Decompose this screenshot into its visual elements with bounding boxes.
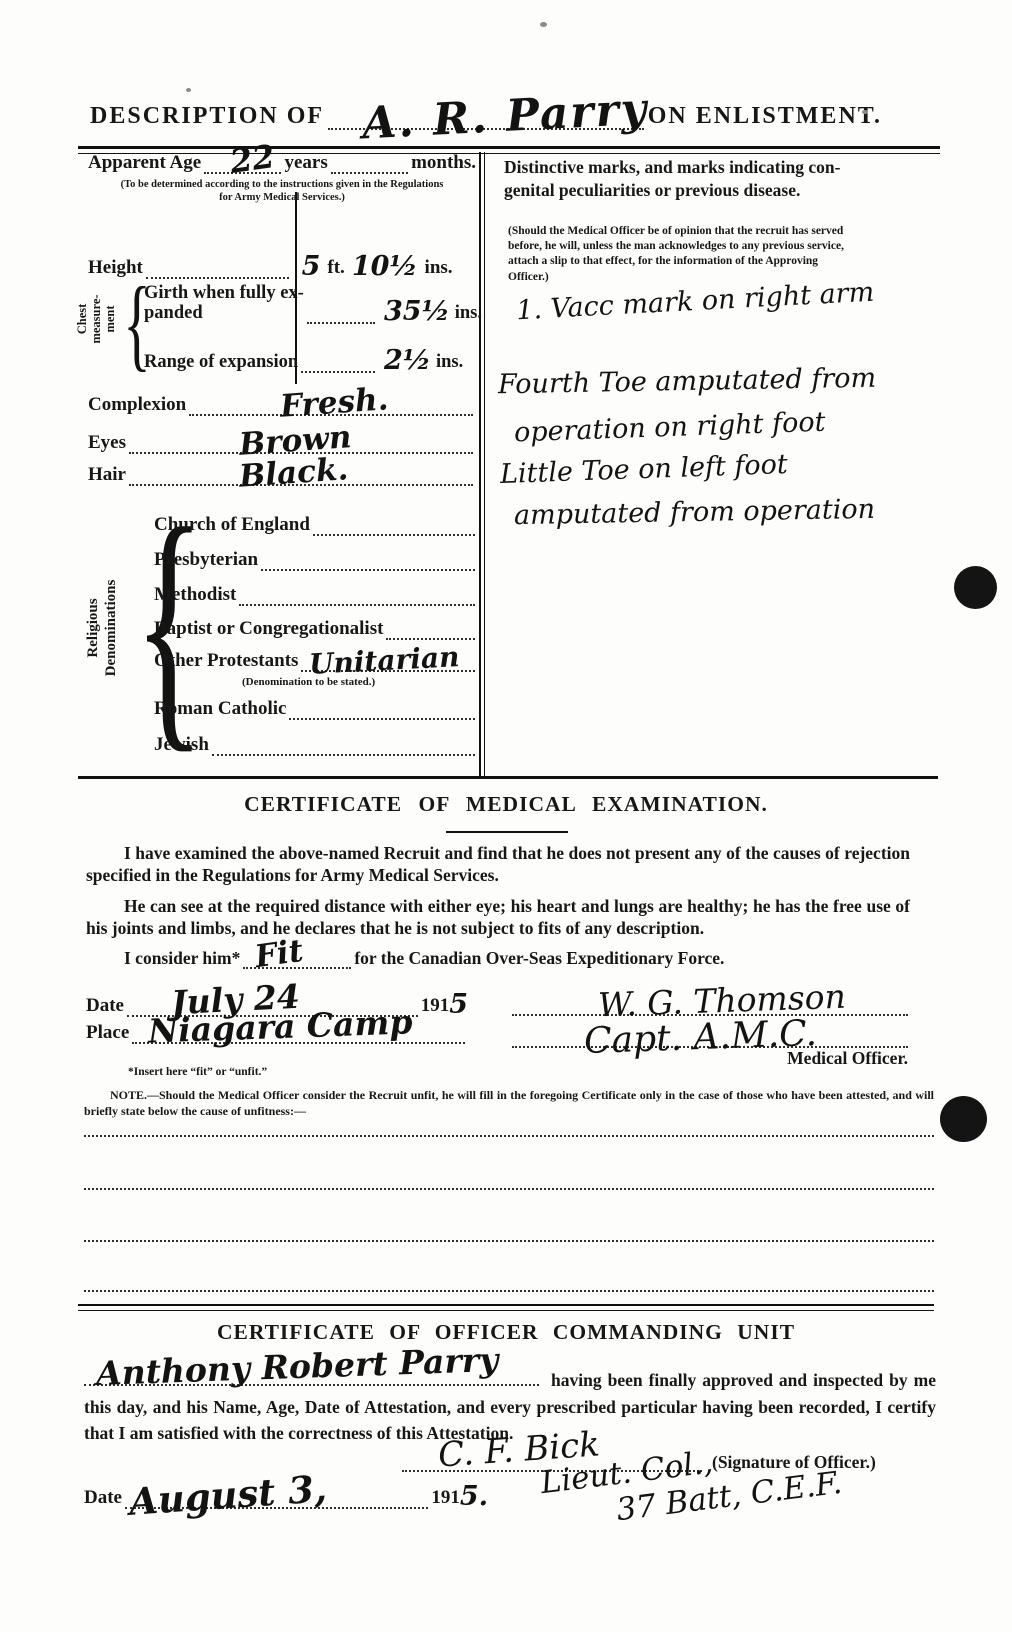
consider-suffix: for the Canadian Over-Seas Expeditionary…: [354, 948, 724, 969]
denomination-fill: [313, 534, 475, 536]
religion-group-label: Religious Denominations: [84, 503, 120, 753]
hair-value: Black.: [238, 451, 349, 495]
denomination-fill: [212, 754, 475, 756]
expansion-unit: ins.: [436, 352, 463, 373]
expansion-label: Range of expansion: [144, 353, 298, 373]
denomination-fill: Unitarian: [301, 670, 475, 672]
horizontal-rule-bottom: [78, 1304, 934, 1311]
officer-date-fill: August 3,: [125, 1481, 428, 1509]
date-label: Date: [86, 995, 124, 1017]
fit-fill: Fit: [243, 967, 351, 969]
expansion-row: Range of expansion 2½ ins.: [144, 342, 476, 373]
denomination-row: Methodist: [154, 582, 478, 606]
horizontal-rule-middle: [78, 776, 938, 782]
height-feet-value: 5: [302, 251, 321, 282]
distinctive-marks-heading: Distinctive marks, and marks indicating …: [504, 156, 924, 202]
recruit-name-line: Anthony Robert Parry: [84, 1350, 539, 1386]
distinctive-mark-line: amputated from operation: [514, 494, 876, 531]
medical-officer-title: Medical Officer.: [512, 1048, 934, 1069]
consider-fit-row: I consider him* Fit for the Canadian Ove…: [86, 948, 910, 969]
denomination-row: Church of England: [154, 512, 478, 536]
column-divider: [479, 152, 485, 778]
denomination-row: Jewish: [154, 732, 478, 756]
complexion-value: Fresh.: [279, 381, 390, 424]
year-printed: 191: [421, 995, 450, 1017]
denomination-fill: [386, 638, 475, 640]
girth-row: Girth when fully ex- panded 35½ ins.: [144, 284, 476, 324]
title-suffix: ON ENLISTMENT.: [648, 103, 882, 130]
unfitness-note: NOTE.—Should the Medical Officer conside…: [84, 1088, 934, 1120]
expansion-fill: [301, 371, 375, 373]
denomination-row: Baptist or Congregationalist: [154, 616, 478, 640]
medical-place-row: Place Niagara Camp: [86, 1018, 468, 1044]
year-handwritten: 5.: [460, 1481, 488, 1512]
complexion-label: Complexion: [88, 394, 186, 416]
apparent-age-note: (To be determined according to the instr…: [90, 178, 474, 204]
distinctive-mark-line: Little Toe on left foot: [500, 449, 789, 490]
chest-group-label: Chest measure- ment: [75, 269, 117, 369]
title-name-line: A. R. Parry: [328, 98, 644, 130]
denomination-label: Other Protestants: [154, 650, 298, 672]
years-label: years: [284, 152, 327, 174]
hole-punch-mark: [940, 1096, 987, 1142]
complexion-fill: Fresh.: [189, 414, 473, 416]
denomination-fill: [289, 718, 475, 720]
year-handwritten: 5: [449, 989, 468, 1020]
fit-value: Fit: [253, 933, 306, 975]
apparent-age-label: Apparent Age: [88, 152, 201, 174]
apparent-age-row: Apparent Age 22 years months.: [88, 152, 476, 174]
place-label: Place: [86, 1022, 129, 1044]
months-label: months.: [411, 152, 476, 174]
heading-underline: [446, 831, 568, 833]
date-label: Date: [84, 1487, 122, 1509]
eyes-row: Eyes Brown: [88, 432, 476, 454]
medical-officer-rank-line: Capt. A.M.C.: [512, 1024, 908, 1048]
distinctive-mark-line: Fourth Toe amputated from: [498, 363, 877, 401]
form-title-row: DESCRIPTION OF A. R. Parry ON ENLISTMENT…: [90, 98, 882, 130]
denomination-row: Roman Catholic: [154, 696, 478, 720]
denomination-fill: [261, 569, 475, 571]
height-inches-unit: ins.: [425, 257, 453, 279]
distinctive-mark-line: operation on right foot: [514, 407, 826, 449]
denomination-label: Presbyterian: [154, 549, 258, 571]
unfitness-blank-line: [84, 1135, 934, 1137]
unfitness-blank-line: [84, 1290, 934, 1292]
denomination-label: Roman Catholic: [154, 698, 286, 720]
months-fill: [331, 172, 408, 174]
scan-speckle: [540, 22, 547, 27]
officer-date-row: Date August 3, 191 5.: [84, 1478, 488, 1509]
denomination-label: Baptist or Congregationalist: [154, 618, 383, 640]
insert-fit-unfit-note: *Insert here “fit” or “unfit.”: [128, 1066, 267, 1078]
medical-place-value: Niagara Camp: [148, 1002, 414, 1050]
girth-unit: ins.: [455, 303, 482, 324]
year-printed: 191: [431, 1487, 460, 1509]
girth-fill: [307, 322, 375, 324]
consider-prefix: I consider him*: [124, 948, 240, 969]
denomination-fill: [239, 604, 475, 606]
height-fill: [146, 277, 289, 279]
denomination-label: Jewish: [154, 734, 209, 756]
girth-value: 35½: [384, 296, 450, 327]
officer-date-value: August 3,: [128, 1466, 328, 1524]
unfitness-blank-line: [84, 1188, 934, 1190]
scan-speckle: [862, 110, 868, 114]
place-fill: Niagara Camp: [132, 1018, 465, 1044]
hole-punch-mark: [954, 566, 997, 609]
unfitness-blank-line: [84, 1240, 934, 1242]
height-inches-value: 10½: [352, 251, 418, 282]
scan-speckle: [186, 88, 191, 92]
apparent-age-fill: 22: [204, 172, 281, 174]
chest-measurement-group: Chest measure- ment { Girth when fully e…: [88, 282, 476, 386]
religious-denominations-group: Religious Denominations { Church of Engl…: [88, 500, 478, 758]
apparent-age-value: 22: [228, 137, 277, 181]
denomination-row: Presbyterian: [154, 547, 478, 571]
denomination-label: Methodist: [154, 584, 236, 606]
height-feet-unit: ft.: [327, 257, 344, 279]
officer-certificate-heading: CERTIFICATE OF OFFICER COMMANDING UNIT: [0, 1320, 1012, 1345]
hair-label: Hair: [88, 464, 126, 486]
medical-certificate-paragraph-2: He can see at the required distance with…: [86, 896, 910, 939]
other-protestants-value: Unitarian: [309, 640, 461, 681]
denomination-note: (Denomination to be stated.): [242, 676, 375, 688]
expansion-value: 2½: [384, 345, 431, 376]
complexion-row: Complexion Fresh.: [88, 394, 476, 416]
medical-certificate-paragraph-1: I have examined the above-named Recruit …: [86, 843, 910, 886]
medical-certificate-heading: CERTIFICATE OF MEDICAL EXAMINATION.: [0, 792, 1012, 817]
girth-label: Girth when fully ex- panded: [144, 284, 304, 324]
denomination-row-other-protestants: Other Protestants Unitarian: [154, 648, 478, 672]
eyes-label: Eyes: [88, 432, 126, 454]
recruit-name-handwritten: A. R. Parry: [361, 84, 650, 150]
medical-officer-instruction-note: (Should the Medical Officer be of opinio…: [508, 224, 912, 285]
attestation-form-page: DESCRIPTION OF A. R. Parry ON ENLISTMENT…: [0, 0, 1012, 1632]
medical-officer-signature-line: W. G. Thomson: [512, 992, 908, 1016]
title-prefix: DESCRIPTION OF: [90, 103, 324, 130]
denomination-label: Church of England: [154, 514, 310, 536]
